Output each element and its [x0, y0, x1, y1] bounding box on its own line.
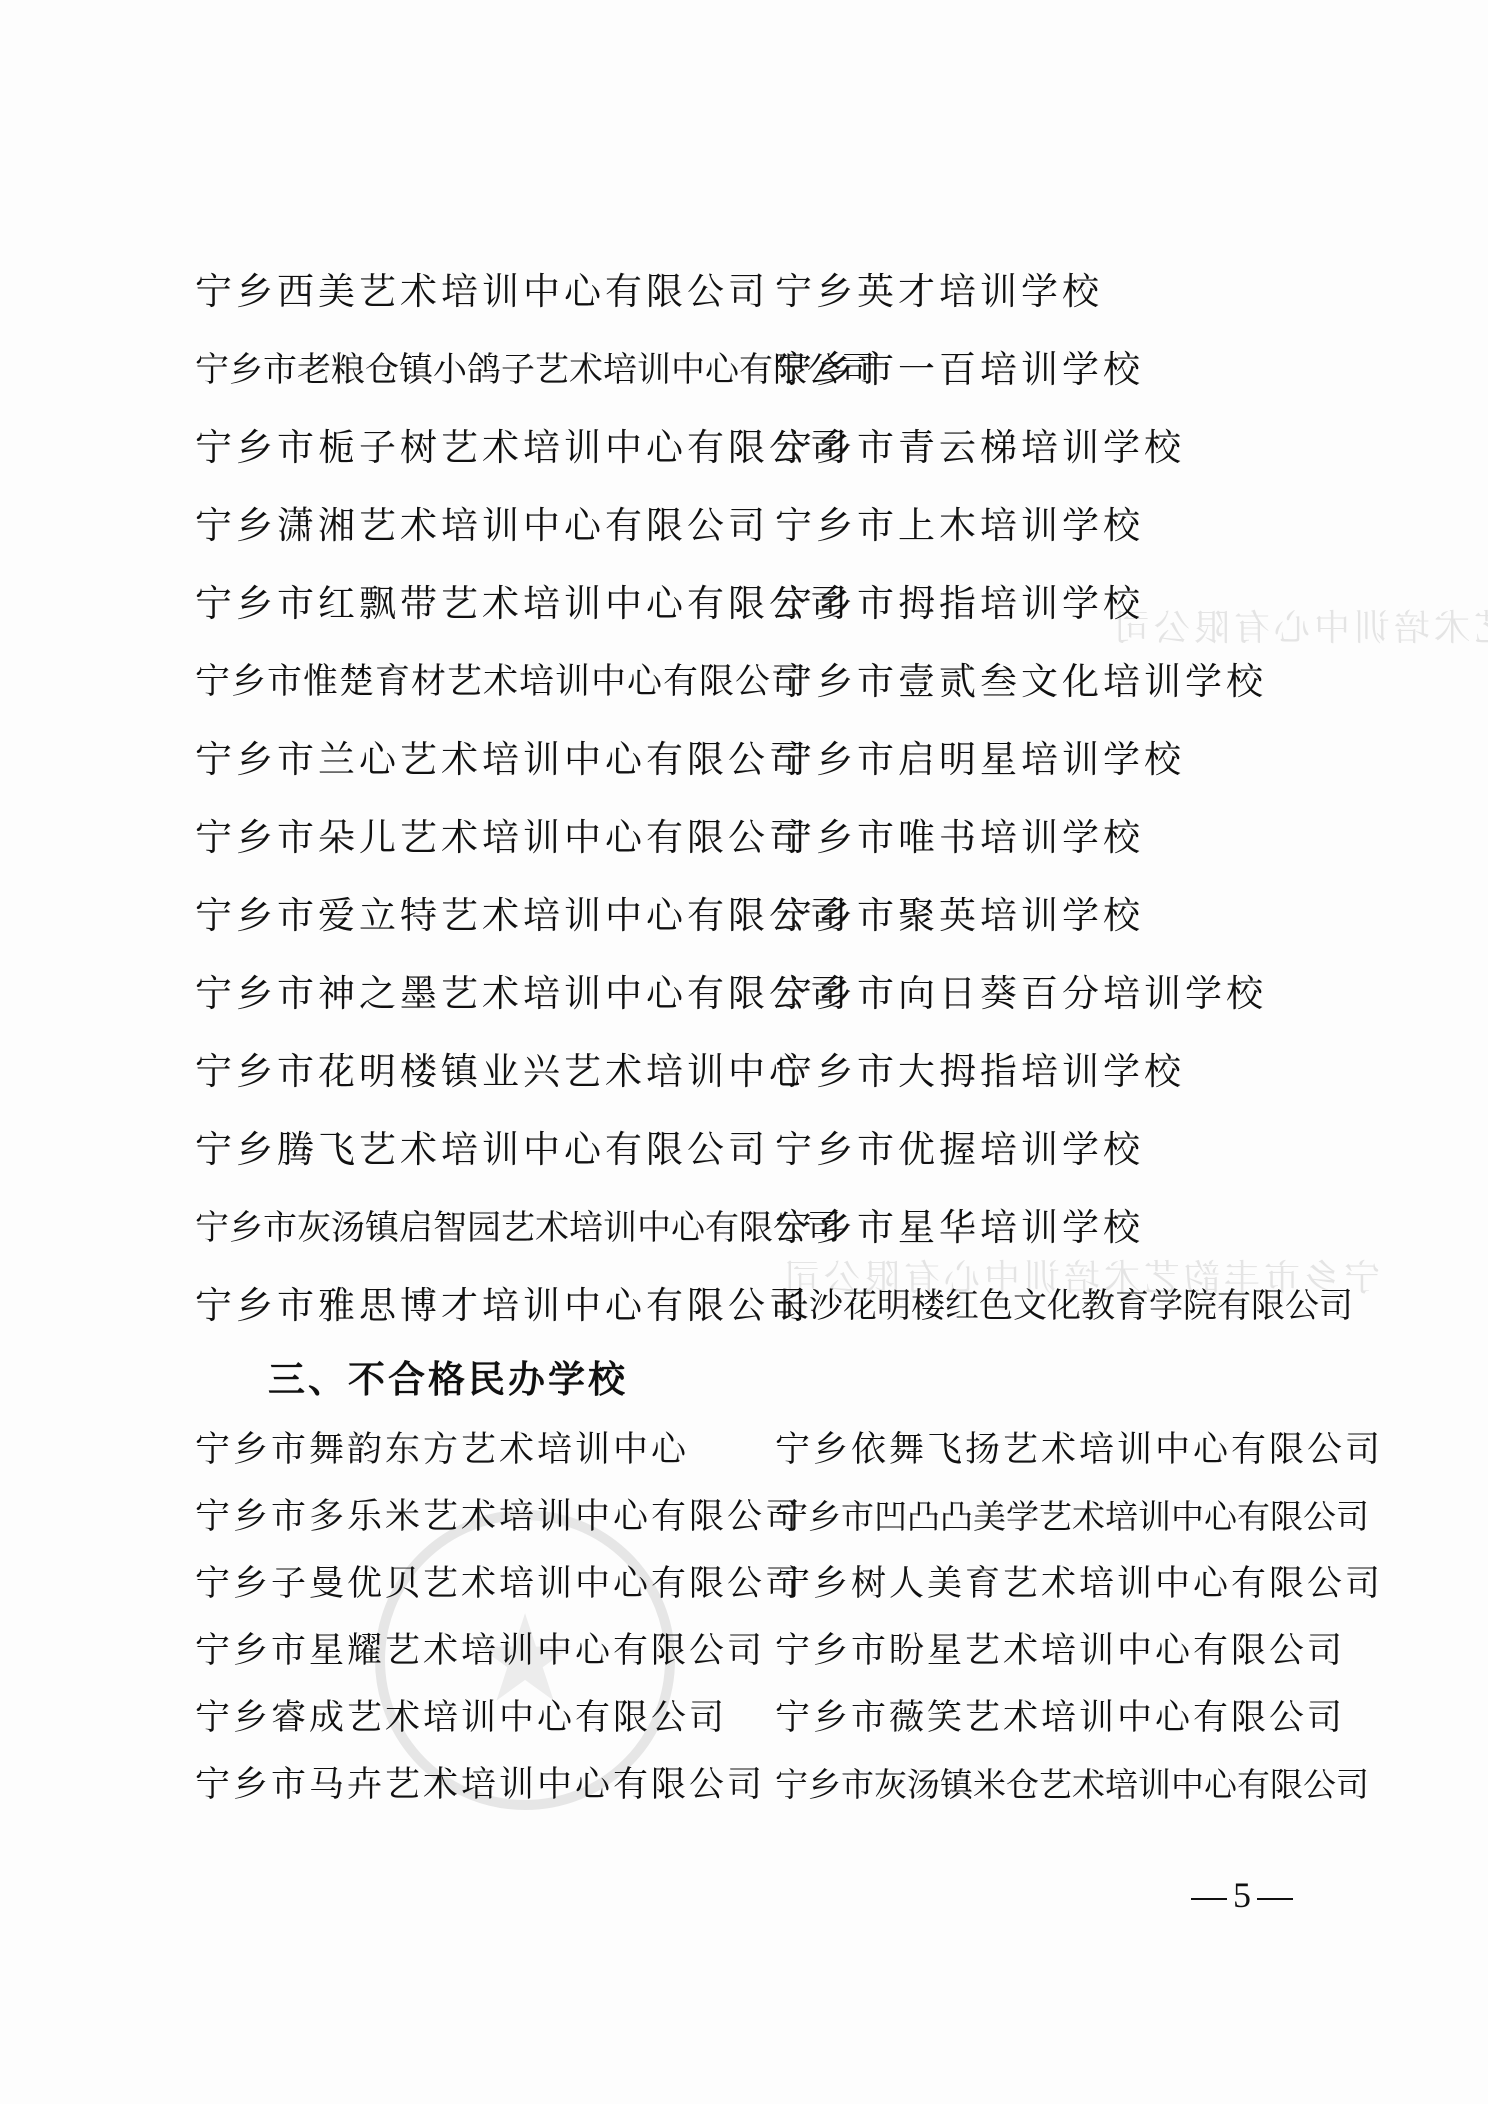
- list-item: 宁乡市雅思博才培训中心有限公司: [195, 1276, 810, 1336]
- list-item: 宁乡市灰汤镇启智园艺术培训中心有限公司: [195, 1198, 841, 1258]
- list-item: 宁乡子曼优贝艺术培训中心有限公司: [195, 1554, 803, 1614]
- list-item: 宁乡市唯书培训学校: [775, 808, 1144, 868]
- list-item: 宁乡英才培训学校: [775, 262, 1103, 322]
- page-number-value: 5: [1233, 1875, 1251, 1915]
- list-item: 宁乡市神之墨艺术培训中心有限公司: [195, 964, 851, 1024]
- list-item: 宁乡市兰心艺术培训中心有限公司: [195, 730, 810, 790]
- list-item: 宁乡市花明楼镇业兴艺术培训中心: [195, 1042, 810, 1102]
- list-item: 宁乡市壹贰叁文化培训学校: [775, 652, 1267, 712]
- list-item: 宁乡市青云梯培训学校: [775, 418, 1185, 478]
- document-page: 宁乡市启明艺术培训中心有限公司 宁乡市丰韵艺术培训中心有限公司 ★ 宁乡西美艺术…: [0, 0, 1488, 2104]
- bleed-through-text: 宁乡市启明艺术培训中心有限公司: [1110, 600, 1488, 651]
- list-item: 宁乡市拇指培训学校: [775, 574, 1144, 634]
- list-item: 宁乡市多乐米艺术培训中心有限公司: [195, 1487, 803, 1547]
- list-item: 宁乡市栀子树艺术培训中心有限公司: [195, 418, 851, 478]
- dash-right: [1257, 1898, 1293, 1900]
- list-item: 宁乡市舞韵东方艺术培训中心: [195, 1420, 689, 1480]
- list-item: 宁乡腾飞艺术培训中心有限公司: [195, 1120, 769, 1180]
- list-item: 宁乡市星耀艺术培训中心有限公司: [195, 1621, 765, 1681]
- dash-left: [1191, 1898, 1227, 1900]
- list-item: 宁乡西美艺术培训中心有限公司: [195, 262, 769, 322]
- list-item: 宁乡市薇笑艺术培训中心有限公司: [775, 1688, 1345, 1748]
- list-item: 宁乡依舞飞扬艺术培训中心有限公司: [775, 1420, 1383, 1480]
- list-item: 宁乡市马卉艺术培训中心有限公司: [195, 1755, 765, 1815]
- list-item: 宁乡市老粮仓镇小鸽子艺术培训中心有限公司: [195, 340, 875, 400]
- list-item: 宁乡市优握培训学校: [775, 1120, 1144, 1180]
- list-item: 宁乡市大拇指培训学校: [775, 1042, 1185, 1102]
- list-item: 宁乡市爱立特艺术培训中心有限公司: [195, 886, 851, 946]
- list-item: 宁乡市红飘带艺术培训中心有限公司: [195, 574, 851, 634]
- list-item: 宁乡树人美育艺术培训中心有限公司: [775, 1554, 1383, 1614]
- list-item: 宁乡市启明星培训学校: [775, 730, 1185, 790]
- list-item: 长沙花明楼红色文化教育学院有限公司: [775, 1276, 1353, 1336]
- list-item: 宁乡市盼星艺术培训中心有限公司: [775, 1621, 1345, 1681]
- section-heading: 三、不合格民办学校: [268, 1350, 628, 1410]
- list-item: 宁乡市一百培训学校: [775, 340, 1144, 400]
- list-item: 宁乡市朵儿艺术培训中心有限公司: [195, 808, 810, 868]
- list-item: 宁乡市上木培训学校: [775, 496, 1144, 556]
- list-item: 宁乡市凹凸凸美学艺术培训中心有限公司: [775, 1487, 1369, 1547]
- list-item: 宁乡市聚英培训学校: [775, 886, 1144, 946]
- list-item: 宁乡睿成艺术培训中心有限公司: [195, 1688, 727, 1748]
- list-item: 宁乡市惟楚育材艺术培训中心有限公司: [195, 652, 807, 712]
- list-item: 宁乡市星华培训学校: [775, 1198, 1144, 1258]
- list-item: 宁乡市向日葵百分培训学校: [775, 964, 1267, 1024]
- list-item: 宁乡潇湘艺术培训中心有限公司: [195, 496, 769, 556]
- page-number: 5: [1185, 1870, 1299, 1920]
- list-item: 宁乡市灰汤镇米仓艺术培训中心有限公司: [775, 1755, 1369, 1815]
